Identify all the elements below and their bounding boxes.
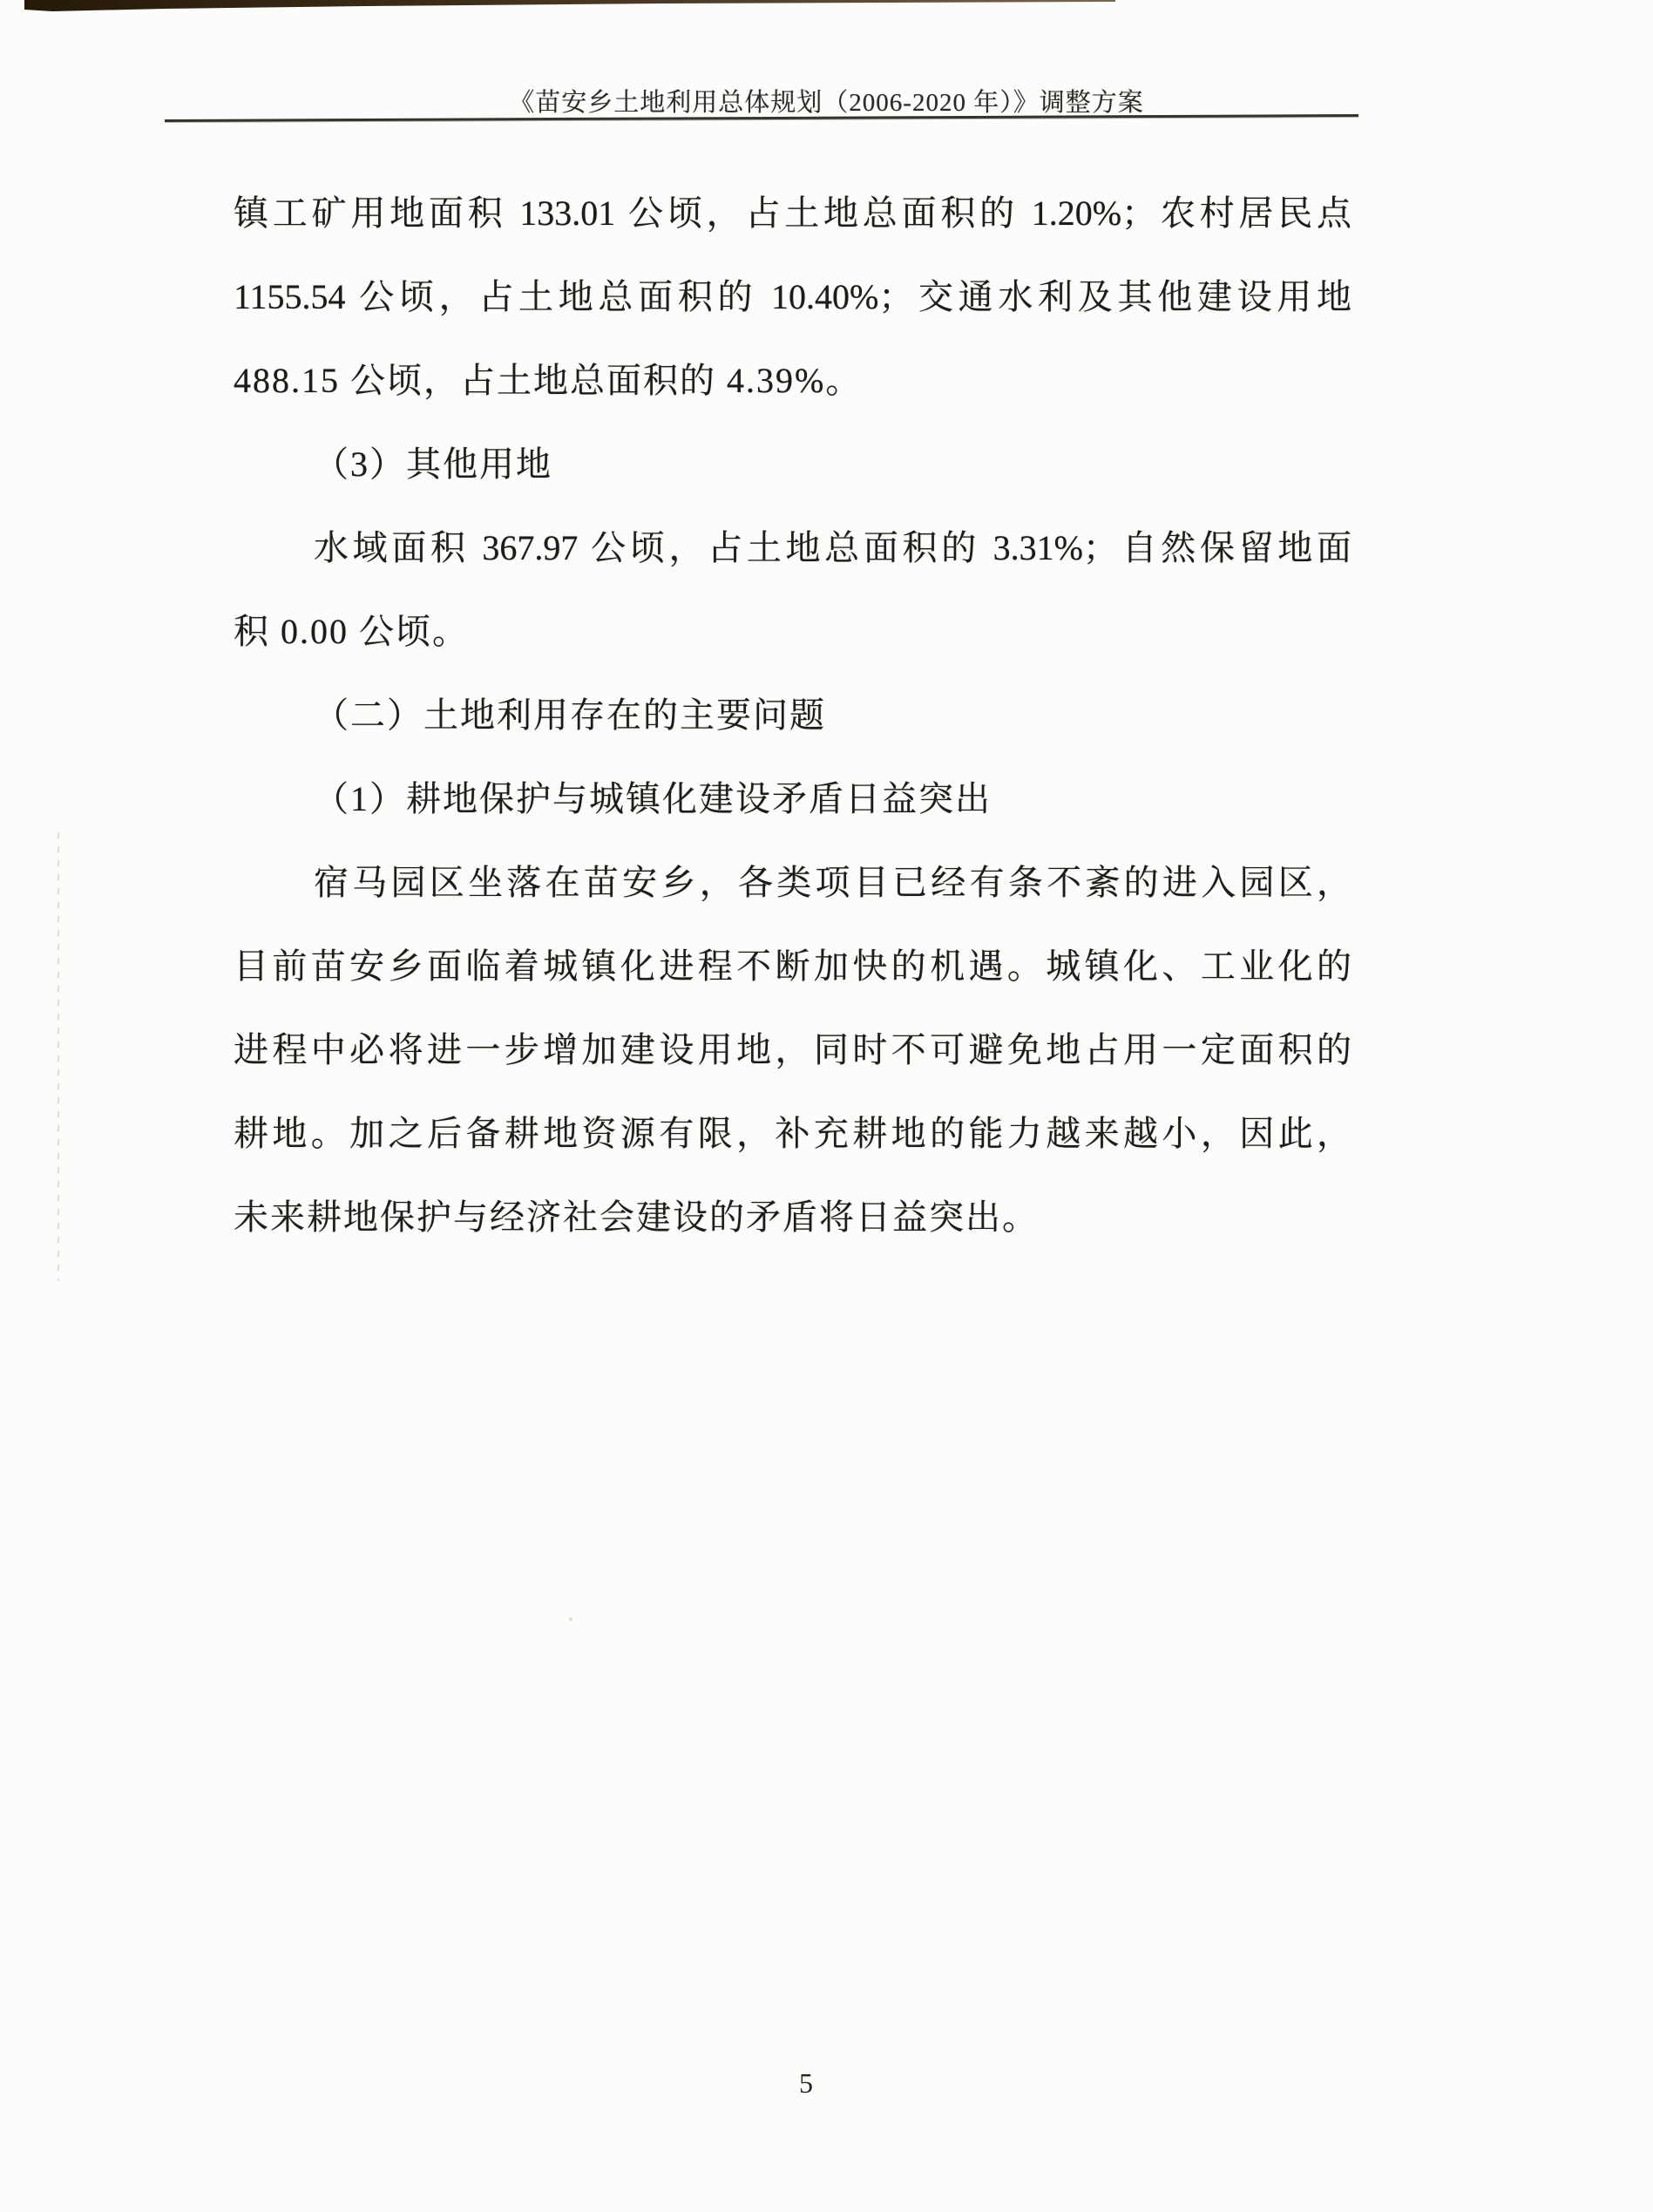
text-line: （3）其他用地 [234,423,1352,506]
text-line: 宿马园区坐落在苗安乡，各类项目已经有条不紊的进入园区， [234,841,1352,925]
page-header-title: 《苗安乡土地利用总体规划（2006-2020 年）》调整方案 [0,88,1653,118]
text-line: 目前苗安乡面临着城镇化进程不断加快的机遇。城镇化、工业化的 [234,925,1352,1008]
text-line: 耕地。加之后备耕地资源有限，补充耕地的能力越来越小，因此， [234,1092,1352,1176]
text-line: 积 0.00 公顷。 [234,590,1352,674]
text-line: 进程中必将进一步增加建设用地，同时不可避免地占用一定面积的 [234,1008,1352,1092]
text-line: 488.15 公顷，占土地总面积的 4.39%。 [234,339,1352,423]
page-number: 5 [0,2067,1612,2099]
text-line: 水域面积 367.97 公顷，占土地总面积的 3.31%；自然保留地面 [234,506,1352,590]
text-line: （二）土地利用存在的主要问题 [234,674,1352,757]
body-text: 镇工矿用地面积 133.01 公顷，占土地总面积的 1.20%；农村居民点 11… [234,172,1352,1259]
scan-artifact-top-band [0,0,1115,12]
text-line: 镇工矿用地面积 133.01 公顷，占土地总面积的 1.20%；农村居民点 [234,172,1352,255]
scan-artifact-left-line [58,832,59,1281]
document-page: 《苗安乡土地利用总体规划（2006-2020 年）》调整方案 镇工矿用地面积 1… [0,0,1653,2212]
text-line: 1155.54 公顷，占土地总面积的 10.40%；交通水利及其他建设用地 [234,255,1352,339]
text-line: 未来耕地保护与经济社会建设的矛盾将日益突出。 [234,1176,1352,1259]
text-line: （1）耕地保护与城镇化建设矛盾日益突出 [234,757,1352,841]
scan-speck [569,1618,572,1621]
